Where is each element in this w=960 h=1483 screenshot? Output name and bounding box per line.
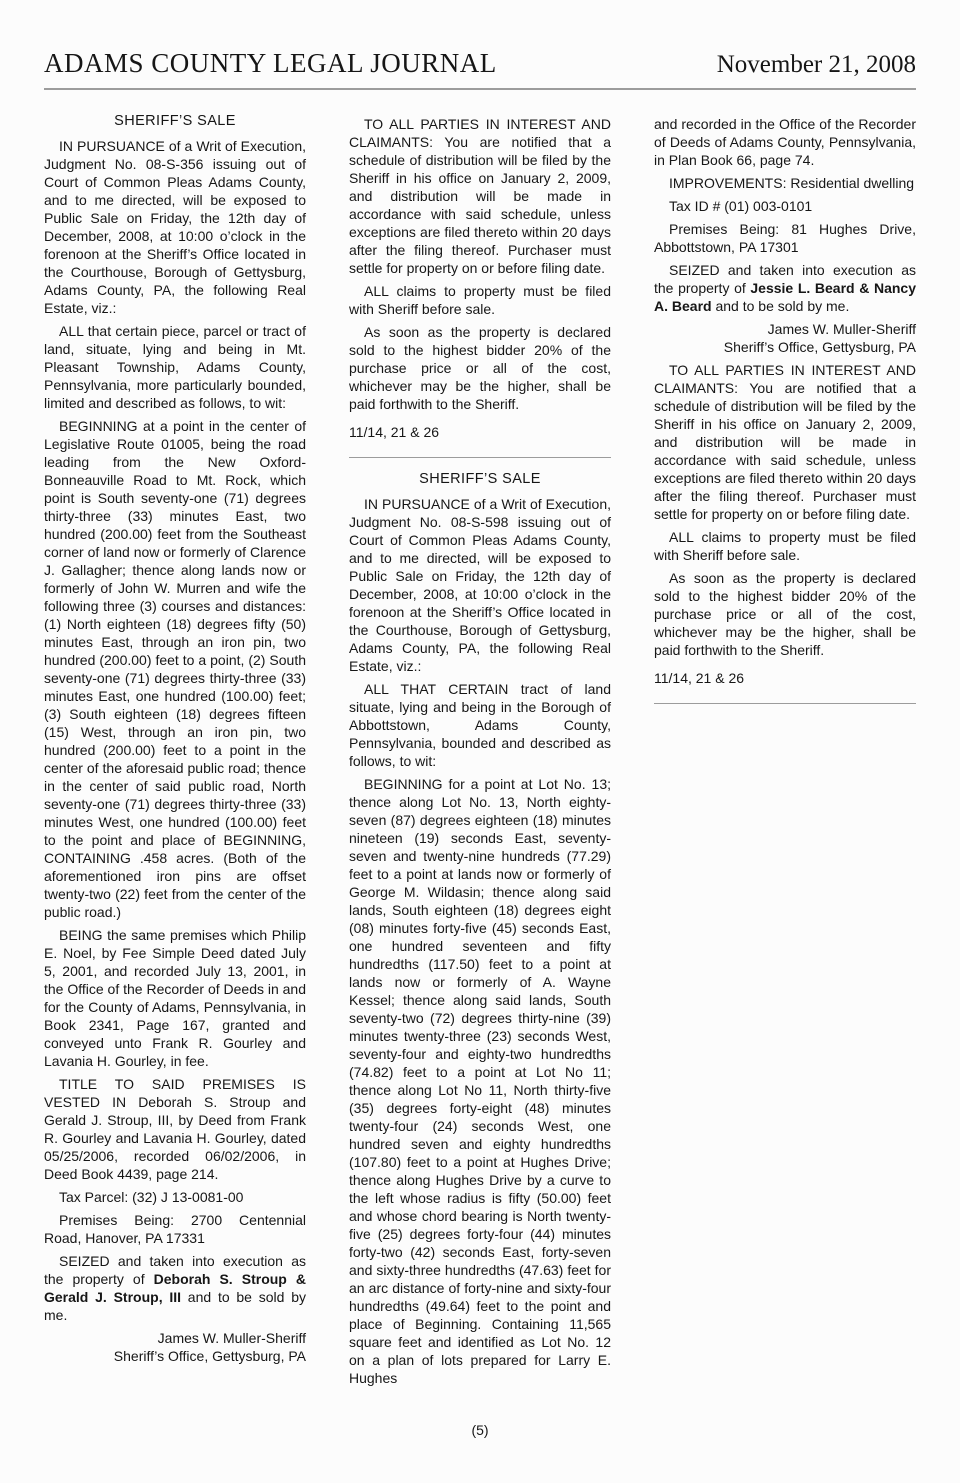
page-footer: (5) bbox=[0, 1422, 960, 1438]
page-number: (5) bbox=[471, 1422, 488, 1438]
paragraph-beginning-2: BEGINNING for a point at Lot No. 13; the… bbox=[349, 775, 611, 1387]
notice-heading-sale-2: SHERIFF’S SALE bbox=[349, 470, 611, 488]
signature-sheriff-1: James W. Muller-Sheriff bbox=[44, 1329, 306, 1347]
column-3: and recorded in the Office of the Record… bbox=[654, 110, 916, 1387]
improvements-line: IMPROVEMENTS: Residential dwelling bbox=[654, 174, 916, 192]
tax-parcel-line: Tax Parcel: (32) J 13-0081-00 bbox=[44, 1188, 306, 1206]
premises-being-line-1: Premises Being: 2700 Centennial Road, Ha… bbox=[44, 1211, 306, 1247]
seized-paragraph-2: SEIZED and taken into execution as the p… bbox=[654, 261, 916, 315]
paragraph-all-that-2: ALL THAT CERTAIN tract of land situate, … bbox=[349, 680, 611, 770]
column-2: TO ALL PARTIES IN INTEREST AND CLAIMANTS… bbox=[349, 110, 611, 1387]
signature-sheriff-2: James W. Muller-Sheriff bbox=[654, 320, 916, 338]
section-divider-1 bbox=[349, 457, 611, 458]
citation-dates-2: 11/14, 21 & 26 bbox=[654, 669, 916, 687]
notice-heading-sale-1: SHERIFF’S SALE bbox=[44, 112, 306, 130]
paragraph-pursuance-1: IN PURSUANCE of a Writ of Execution, Jud… bbox=[44, 137, 306, 317]
journal-masthead: ADAMS COUNTY LEGAL JOURNAL November 21, … bbox=[44, 48, 916, 79]
paragraph-parties-1: TO ALL PARTIES IN INTEREST AND CLAIMANTS… bbox=[349, 115, 611, 277]
paragraph-parties-2: TO ALL PARTIES IN INTEREST AND CLAIMANTS… bbox=[654, 361, 916, 523]
journal-page: ADAMS COUNTY LEGAL JOURNAL November 21, … bbox=[0, 0, 960, 1483]
seized-tail-2: and to be sold by me. bbox=[712, 298, 850, 314]
premises-being-line-2: Premises Being: 81 Hughes Drive, Abbotts… bbox=[654, 220, 916, 256]
tax-id-line: Tax ID # (01) 003-0101 bbox=[654, 197, 916, 215]
signature-office-2: Sheriff’s Office, Gettysburg, PA bbox=[654, 338, 916, 356]
paragraph-as-soon-1: As soon as the property is declared sold… bbox=[349, 323, 611, 413]
issue-date: November 21, 2008 bbox=[717, 51, 916, 79]
paragraph-recorded-continuation: and recorded in the Office of the Record… bbox=[654, 115, 916, 169]
seized-paragraph-1: SEIZED and taken into execution as the p… bbox=[44, 1252, 306, 1324]
masthead-rule bbox=[44, 88, 916, 90]
paragraph-beginning-1: BEGINNING at a point in the center of Le… bbox=[44, 417, 306, 921]
signature-office-1: Sheriff’s Office, Gettysburg, PA bbox=[44, 1347, 306, 1365]
column-1: SHERIFF’S SALE IN PURSUANCE of a Writ of… bbox=[44, 110, 306, 1387]
paragraph-all-that-1: ALL that certain piece, parcel or tract … bbox=[44, 322, 306, 412]
paragraph-being: BEING the same premises which Philip E. … bbox=[44, 926, 306, 1070]
paragraph-pursuance-2: IN PURSUANCE of a Writ of Execution, Jud… bbox=[349, 495, 611, 675]
citation-dates-1: 11/14, 21 & 26 bbox=[349, 423, 611, 441]
content-columns: SHERIFF’S SALE IN PURSUANCE of a Writ of… bbox=[44, 110, 916, 1387]
paragraph-claims-1: ALL claims to property must be filed wit… bbox=[349, 282, 611, 318]
section-divider-2 bbox=[654, 703, 916, 704]
paragraph-as-soon-2: As soon as the property is declared sold… bbox=[654, 569, 916, 659]
journal-title: ADAMS COUNTY LEGAL JOURNAL bbox=[44, 48, 497, 79]
paragraph-title-vested: TITLE TO SAID PREMISES IS VESTED IN Debo… bbox=[44, 1075, 306, 1183]
paragraph-claims-2: ALL claims to property must be filed wit… bbox=[654, 528, 916, 564]
